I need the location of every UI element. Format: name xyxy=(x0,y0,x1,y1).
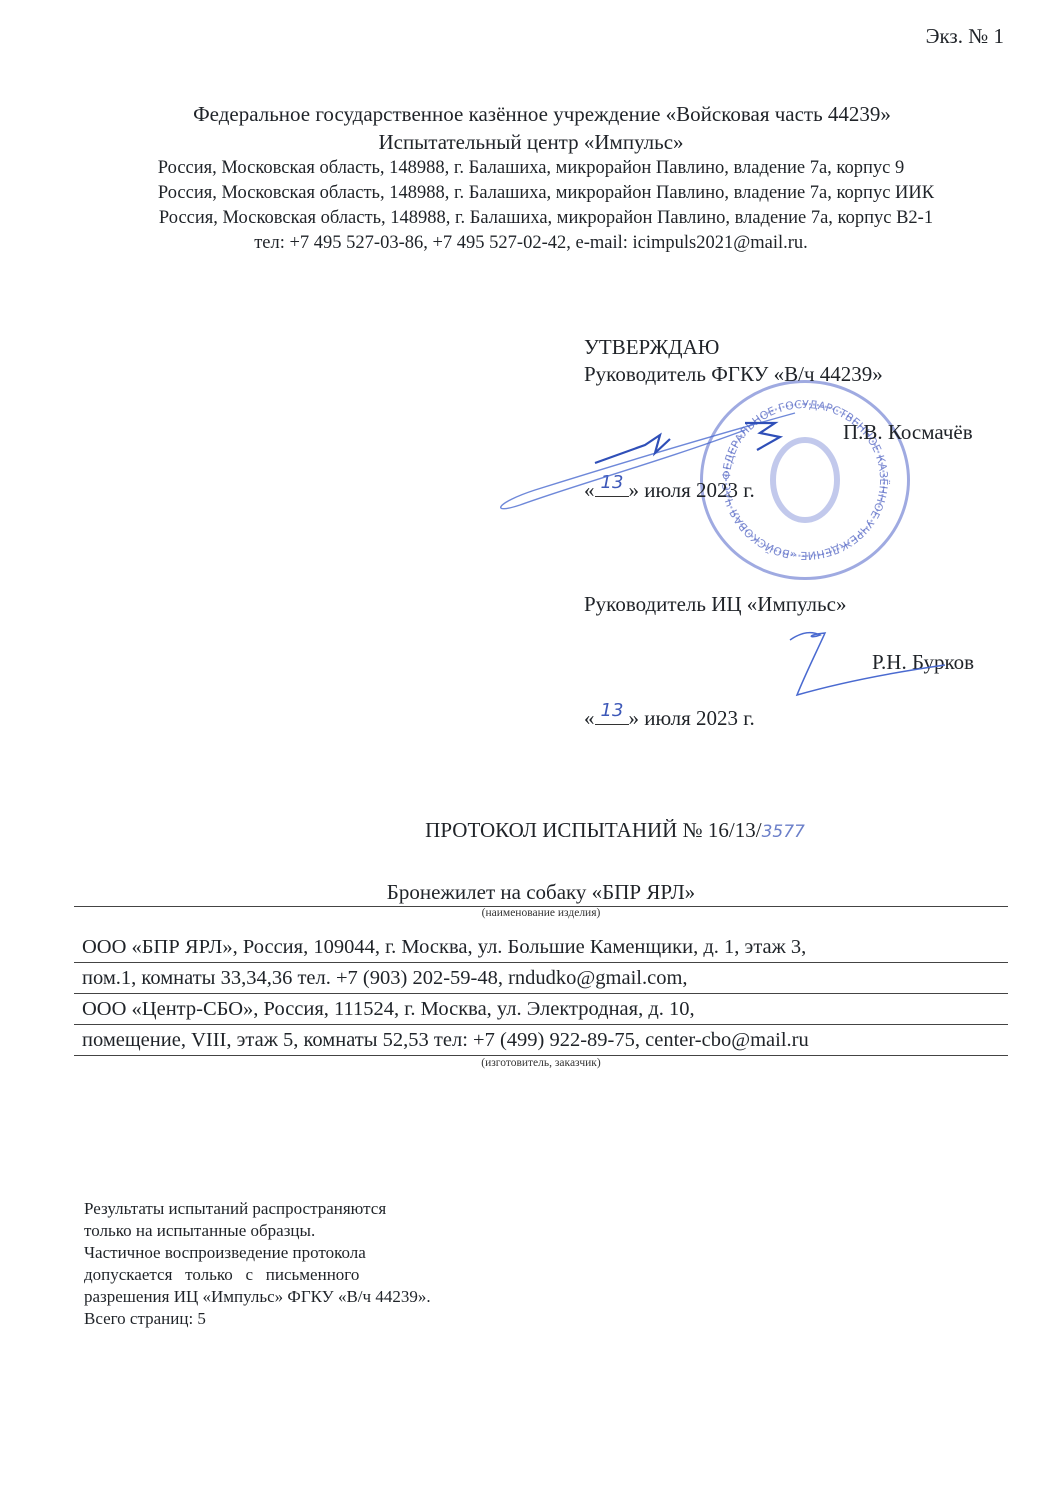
note-line: только на испытанные образцы. xyxy=(84,1220,431,1242)
signature-icon xyxy=(785,625,965,705)
protocol-title: ПРОТОКОЛ ИСПЫТАНИЙ № 16/13/3577 xyxy=(0,818,1062,843)
manufacturer-line: ООО «БПР ЯРЛ», Россия, 109044, г. Москва… xyxy=(74,932,1008,963)
contact-line: тел: +7 495 527-03-86, +7 495 527-02-42,… xyxy=(0,231,1062,256)
note-line: разрешения ИЦ «Импульс» ФГКУ «В/ч 44239»… xyxy=(84,1286,431,1308)
product-caption: (наименование изделия) xyxy=(74,907,1008,919)
date-month-year: » июля 2023 г. xyxy=(629,706,755,730)
note-line: допускается только с письменного xyxy=(84,1264,431,1286)
second-signature-date: «13» июля 2023 г. xyxy=(584,706,755,731)
letterhead: Федеральное государственное казённое учр… xyxy=(0,100,1062,256)
manufacturer-line: ООО «Центр-СБО», Россия, 111524, г. Моск… xyxy=(74,994,1008,1025)
approval-block: УТВЕРЖДАЮ Руководитель ФГКУ «В/ч 44239» xyxy=(584,334,883,388)
address-line: Россия, Московская область, 148988, г. Б… xyxy=(30,181,1062,206)
note-line: Результаты испытаний распространяются xyxy=(84,1198,431,1220)
manufacturer-customer: ООО «БПР ЯРЛ», Россия, 109044, г. Москва… xyxy=(74,932,1008,1056)
signature-icon xyxy=(495,405,815,515)
notes-block: Результаты испытаний распространяются то… xyxy=(84,1198,431,1330)
page-count: Всего страниц: 5 xyxy=(84,1308,431,1330)
address-line: Россия, Московская область, 148988, г. Б… xyxy=(0,156,1062,181)
handwritten-protocol-number: 3577 xyxy=(762,822,805,842)
organization-name: Федеральное государственное казённое учр… xyxy=(22,100,1062,128)
date-day-field: 13 xyxy=(595,706,629,725)
test-center-name: Испытательный центр «Импульс» xyxy=(0,128,1062,156)
address-line: Россия, Московская область, 148988, г. Б… xyxy=(30,206,1062,231)
manufacturer-caption: (изготовитель, заказчик) xyxy=(74,1057,1008,1069)
copy-number: Экз. № 1 xyxy=(926,24,1004,49)
second-signer-title: Руководитель ИЦ «Импульс» xyxy=(584,592,846,617)
note-line: Частичное воспроизведение протокола xyxy=(84,1242,431,1264)
handwritten-day: 13 xyxy=(601,700,624,721)
manufacturer-line: помещение, VIII, этаж 5, комнаты 52,53 т… xyxy=(74,1025,1008,1056)
product-name: Бронежилет на собаку «БПР ЯРЛ» xyxy=(74,880,1008,907)
approve-label: УТВЕРЖДАЮ xyxy=(584,334,883,361)
approver-name: П.В. Космачёв xyxy=(843,420,973,445)
approver-title: Руководитель ФГКУ «В/ч 44239» xyxy=(584,361,883,388)
protocol-title-text: ПРОТОКОЛ ИСПЫТАНИЙ № 16/13/ xyxy=(425,818,761,842)
date-quote: « xyxy=(584,706,595,730)
manufacturer-line: пом.1, комнаты 33,34,36 тел. +7 (903) 20… xyxy=(74,963,1008,994)
